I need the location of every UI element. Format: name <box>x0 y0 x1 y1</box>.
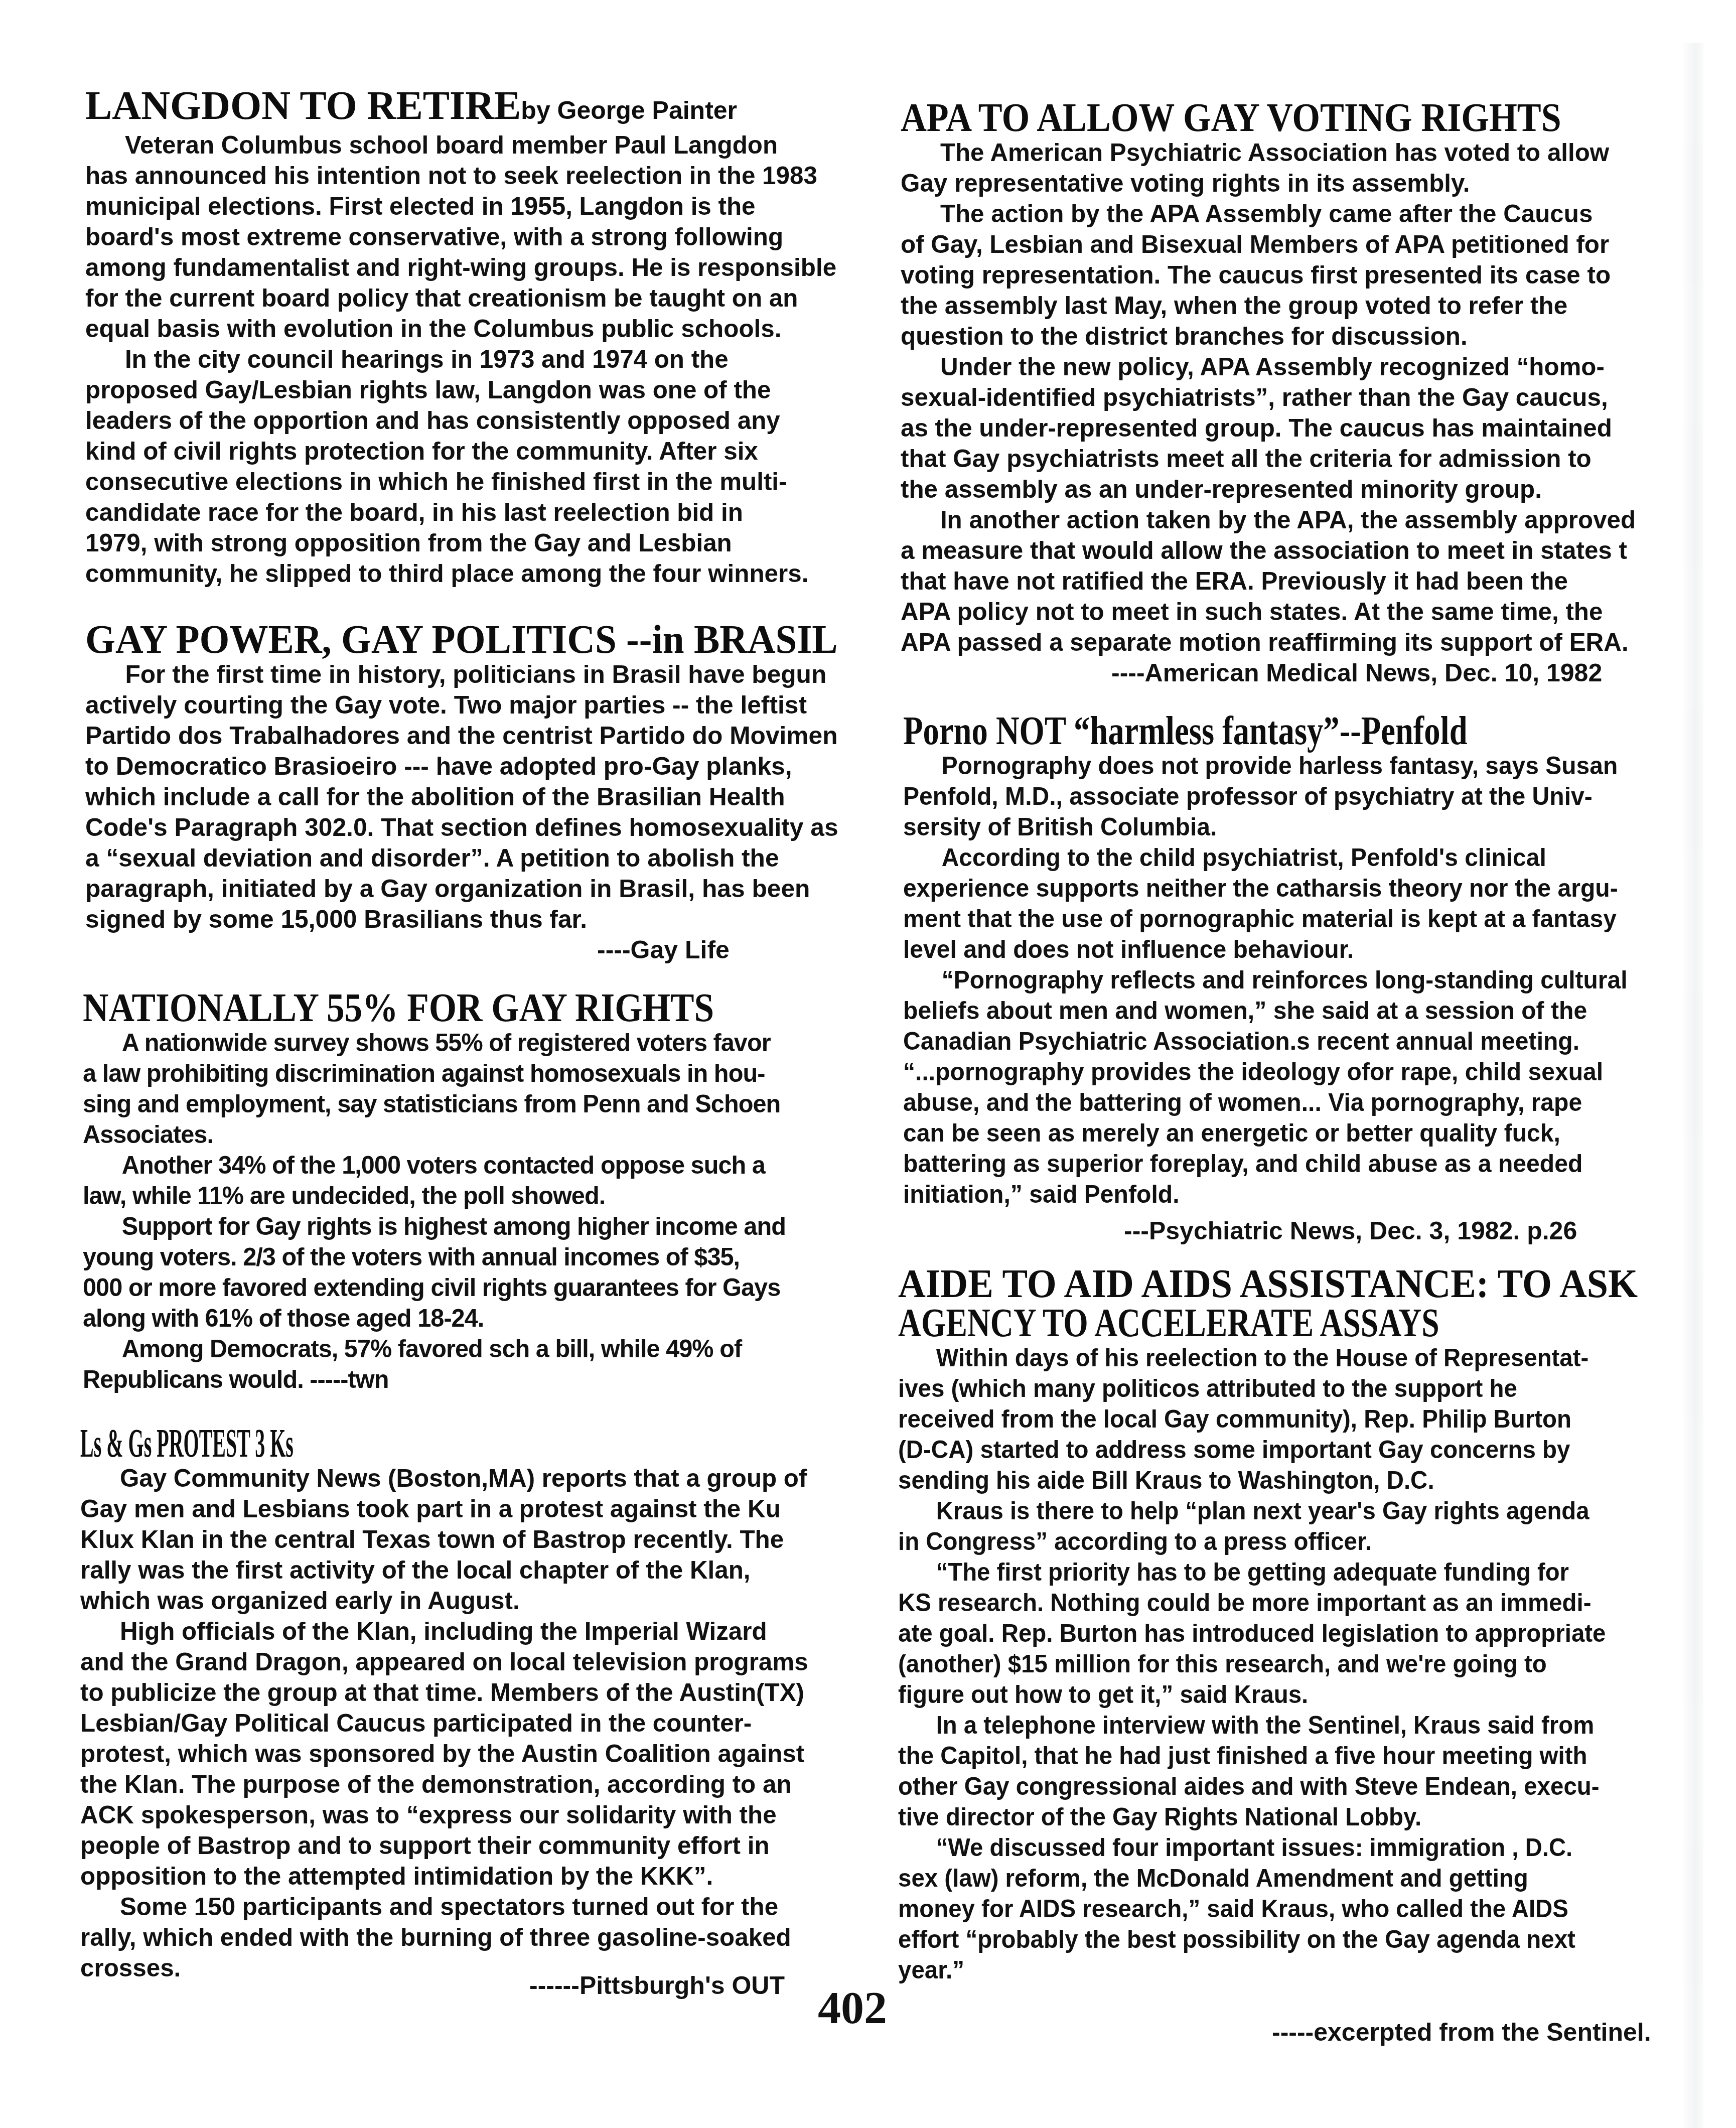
text-line: “Pornography reflects and reinforces lon… <box>903 965 1654 996</box>
text-line: opposition to the attempted intimidation… <box>80 1861 853 1892</box>
text-line: According to the child psychiatrist, Pen… <box>903 842 1654 873</box>
text-line: Gay representative voting rights in its … <box>901 168 1673 199</box>
text-line: “We discussed four important issues: imm… <box>898 1832 1639 1863</box>
text-line: (another) $15 million for this research,… <box>898 1649 1641 1679</box>
article-source: ------Pittsburgh's OUT <box>529 1970 785 2001</box>
byline: by George Painter <box>521 96 737 124</box>
text-line: which include a call for the abolition o… <box>85 782 858 812</box>
text-line: Among Democrats, 57% favored sch a bill,… <box>83 1334 839 1364</box>
text-line: In another action taken by the APA, the … <box>901 505 1672 535</box>
article-gay-power-brasil: GAY POWER, GAY POLITICS --in BRASIL For … <box>85 620 863 935</box>
text-line: question to the district branches for di… <box>901 321 1673 352</box>
text-line: A nationwide survey shows 55% of registe… <box>83 1028 839 1058</box>
article-source: ----Gay Life <box>597 935 730 965</box>
text-line: a “sexual deviation and disorder”. A pet… <box>85 843 858 874</box>
text-line: consecutive elections in which he finish… <box>85 467 853 497</box>
text-line: APA policy not to meet in such states. A… <box>901 597 1673 627</box>
text-line: Klux Klan in the central Texas town of B… <box>80 1524 853 1555</box>
article-source: ---Psychiatric News, Dec. 3, 1982. p.26 <box>1124 1216 1577 1246</box>
text-line: received from the local Gay community), … <box>898 1404 1641 1435</box>
text-line: that have not ratified the ERA. Previous… <box>901 566 1673 597</box>
text-line: community, he slipped to third place amo… <box>85 558 853 589</box>
text-line: Republicans would. -----twn <box>83 1364 840 1395</box>
text-line: Support for Gay rights is highest among … <box>83 1211 839 1242</box>
text-line: which was organized early in August. <box>80 1586 853 1616</box>
text-line: voting representation. The caucus first … <box>901 260 1673 291</box>
text-line: to publicize the group at that time. Mem… <box>80 1677 853 1708</box>
text-line: KS research. Nothing could be more impor… <box>898 1588 1641 1618</box>
text-line: Lesbian/Gay Political Caucus participate… <box>80 1708 853 1739</box>
article-source: -----excerpted from the Sentinel. <box>1272 2017 1651 2048</box>
article-headline: APA TO ALLOW GAY VOTING RIGHTS <box>901 98 1603 137</box>
text-line: that Gay psychiatrists meet all the crit… <box>901 444 1673 474</box>
text-line: year.” <box>898 1955 1641 1985</box>
text-line: signed by some 15,000 Brasilians thus fa… <box>85 904 858 935</box>
text-line: tive director of the Gay Rights National… <box>898 1802 1641 1832</box>
article-headline: Ls & Gs PROTEST 3 Ks <box>80 1424 472 1463</box>
text-line: among fundamentalist and right-wing grou… <box>85 252 853 283</box>
text-line: leaders of the opportion and has consist… <box>85 405 853 436</box>
page-number: 402 <box>818 1984 887 2031</box>
text-line: Code's Paragraph 302.0. That section def… <box>85 812 858 843</box>
text-line: In a telephone interview with the Sentin… <box>898 1710 1639 1741</box>
text-line: of Gay, Lesbian and Bisexual Members of … <box>901 229 1673 260</box>
article-body: Gay Community News (Boston,MA) reports t… <box>80 1463 863 1983</box>
text-line: proposed Gay/Lesbian rights law, Langdon… <box>85 375 853 405</box>
text-line: actively courting the Gay vote. Two majo… <box>85 690 858 721</box>
text-line: has announced his intention not to seek … <box>85 161 853 191</box>
article-body: A nationwide survey shows 55% of registe… <box>83 1028 860 1395</box>
text-line: Penfold, M.D., associate professor of ps… <box>903 781 1656 812</box>
text-line: 000 or more favored extending civil righ… <box>83 1272 840 1303</box>
text-line: “The first priority has to be getting ad… <box>898 1557 1639 1588</box>
article-apa-gay-voting-rights: APA TO ALLOW GAY VOTING RIGHTS The Ameri… <box>901 98 1683 658</box>
text-line: Canadian Psychiatric Association.s recen… <box>903 1026 1656 1057</box>
text-line: 1979, with strong opposition from the Ga… <box>85 528 853 558</box>
text-line: the Klan. The purpose of the demonstrati… <box>80 1769 853 1800</box>
article-source: ----American Medical News, Dec. 10, 1982 <box>1111 658 1602 688</box>
text-line: in Congress” according to a press office… <box>898 1526 1641 1557</box>
text-line: ives (which many politicos attributed to… <box>898 1373 1641 1404</box>
text-line: sexual-identified psychiatrists”, rather… <box>901 382 1673 413</box>
text-line: abuse, and the battering of women... Via… <box>903 1087 1656 1118</box>
text-line: young voters. 2/3 of the voters with ann… <box>83 1242 840 1272</box>
text-line: Associates. <box>83 1119 840 1150</box>
article-body: Pornography does not provide harless fan… <box>903 751 1686 1210</box>
article-aide-to-aid-aids: AIDE TO AID AIDS ASSISTANCE: TO ASK AGEN… <box>898 1264 1681 1985</box>
text-line: municipal elections. First elected in 19… <box>85 191 853 222</box>
text-line: protest, which was sponsored by the Aust… <box>80 1739 853 1769</box>
newsletter-page: LANGDON TO RETIREby George Painter Veter… <box>0 0 1736 2128</box>
text-line: In the city council hearings in 1973 and… <box>85 344 852 375</box>
text-line: along with 61% of those aged 18-24. <box>83 1303 840 1334</box>
text-line: initiation,” said Penfold. <box>903 1179 1656 1210</box>
text-line: figure out how to get it,” said Kraus. <box>898 1679 1641 1710</box>
text-line: paragraph, initiated by a Gay organizati… <box>85 874 858 904</box>
text-line: effort “probably the best possibility on… <box>898 1924 1641 1955</box>
text-line: the assembly as an under-represented min… <box>901 474 1673 505</box>
article-headline: NATIONALLY 55% FOR GAY RIGHTS <box>83 988 775 1028</box>
text-line: the Capitol, that he had just finished a… <box>898 1741 1641 1771</box>
scan-edge-shadow <box>1683 43 1703 2128</box>
text-line: sex (law) reform, the McDonald Amendment… <box>898 1863 1641 1894</box>
text-line: sing and employment, say statisticians f… <box>83 1089 840 1119</box>
text-line: ment that the use of pornographic materi… <box>903 904 1656 934</box>
article-nationally-55-percent: NATIONALLY 55% FOR GAY RIGHTS A nationwi… <box>83 988 860 1395</box>
text-line: sersity of British Columbia. <box>903 812 1656 842</box>
text-line: sending his aide Bill Kraus to Washingto… <box>898 1465 1641 1496</box>
text-line: Pornography does not provide harless fan… <box>903 751 1654 781</box>
text-line: Another 34% of the 1,000 voters contacte… <box>83 1150 839 1181</box>
text-line: board's most extreme conservative, with … <box>85 222 853 252</box>
article-porno-not-harmless: Porno NOT “harmless fantasy”--Penfold Po… <box>903 712 1686 1210</box>
text-line: Kraus is there to help “plan next year's… <box>898 1496 1639 1526</box>
text-line: Veteran Columbus school board member Pau… <box>85 130 852 161</box>
article-body: For the first time in history, politicia… <box>85 659 863 935</box>
text-line: rally, which ended with the burning of t… <box>80 1922 853 1953</box>
text-line: Some 150 participants and spectators tur… <box>80 1892 852 1922</box>
text-line: Partido dos Trabalhadores and the centri… <box>85 721 858 751</box>
text-line: experience supports neither the catharsi… <box>903 873 1656 904</box>
article-headline: Porno NOT “harmless fantasy”--Penfold <box>903 712 1535 751</box>
text-line: Under the new policy, APA Assembly recog… <box>901 352 1672 382</box>
article-langdon-to-retire: LANGDON TO RETIREby George Painter Veter… <box>85 86 863 589</box>
article-headline: AIDE TO AID AIDS ASSISTANCE: TO ASK <box>898 1264 1641 1304</box>
text-line: candidate race for the board, in his las… <box>85 497 853 528</box>
text-line: can be seen as merely an energetic or be… <box>903 1118 1656 1149</box>
text-line: APA passed a separate motion reaffirming… <box>901 627 1673 658</box>
text-line: High officials of the Klan, including th… <box>80 1616 852 1647</box>
article-headline: LANGDON TO RETIREby George Painter <box>85 86 863 130</box>
text-line: a law prohibiting discrimination against… <box>83 1058 840 1089</box>
text-line: other Gay congressional aides and with S… <box>898 1771 1641 1802</box>
text-line: the assembly last May, when the group vo… <box>901 291 1673 321</box>
text-line: For the first time in history, politicia… <box>85 659 857 690</box>
text-line: ACK spokesperson, was to “express our so… <box>80 1800 853 1830</box>
text-line: level and does not influence behaviour. <box>903 934 1656 965</box>
text-line: battering as superior foreplay, and chil… <box>903 1149 1656 1179</box>
text-line: The American Psychiatric Association has… <box>901 137 1672 168</box>
text-line: Gay men and Lesbians took part in a prot… <box>80 1494 853 1524</box>
text-line: The action by the APA Assembly came afte… <box>901 199 1672 229</box>
text-line: as the under-represented group. The cauc… <box>901 413 1673 444</box>
text-line: a measure that would allow the associati… <box>901 535 1673 566</box>
text-line: kind of civil rights protection for the … <box>85 436 853 467</box>
article-body: The American Psychiatric Association has… <box>901 137 1683 658</box>
article-ls-gs-protest: Ls & Gs PROTEST 3 Ks Gay Community News … <box>80 1424 863 1983</box>
text-line: people of Bastrop and to support their c… <box>80 1830 853 1861</box>
article-headline: GAY POWER, GAY POLITICS --in BRASIL <box>85 620 834 659</box>
text-line: and the Grand Dragon, appeared on local … <box>80 1647 853 1677</box>
text-line: money for AIDS research,” said Kraus, wh… <box>898 1894 1641 1924</box>
text-line: beliefs about men and women,” she said a… <box>903 996 1656 1026</box>
text-line: “...pornography provides the ideology of… <box>903 1057 1656 1087</box>
text-line: rally was the first activity of the loca… <box>80 1555 853 1586</box>
text-line: law, while 11% are undecided, the poll s… <box>83 1181 840 1211</box>
text-line: for the current board policy that creati… <box>85 283 853 314</box>
text-line: Gay Community News (Boston,MA) reports t… <box>80 1463 852 1494</box>
article-headline-line-2: AGENCY TO ACCELERATE ASSAYS <box>898 1304 1520 1343</box>
text-line: (D-CA) started to address some important… <box>898 1435 1641 1465</box>
article-body: Veteran Columbus school board member Pau… <box>85 130 863 589</box>
text-line: Within days of his reelection to the Hou… <box>898 1343 1639 1373</box>
text-line: ate goal. Rep. Burton has introduced leg… <box>898 1618 1641 1649</box>
text-line: equal basis with evolution in the Columb… <box>85 314 853 344</box>
headline-text: LANGDON TO RETIRE <box>85 84 521 128</box>
text-line: to Democratico Brasioeiro --- have adopt… <box>85 751 858 782</box>
article-body: Within days of his reelection to the Hou… <box>898 1343 1681 1985</box>
